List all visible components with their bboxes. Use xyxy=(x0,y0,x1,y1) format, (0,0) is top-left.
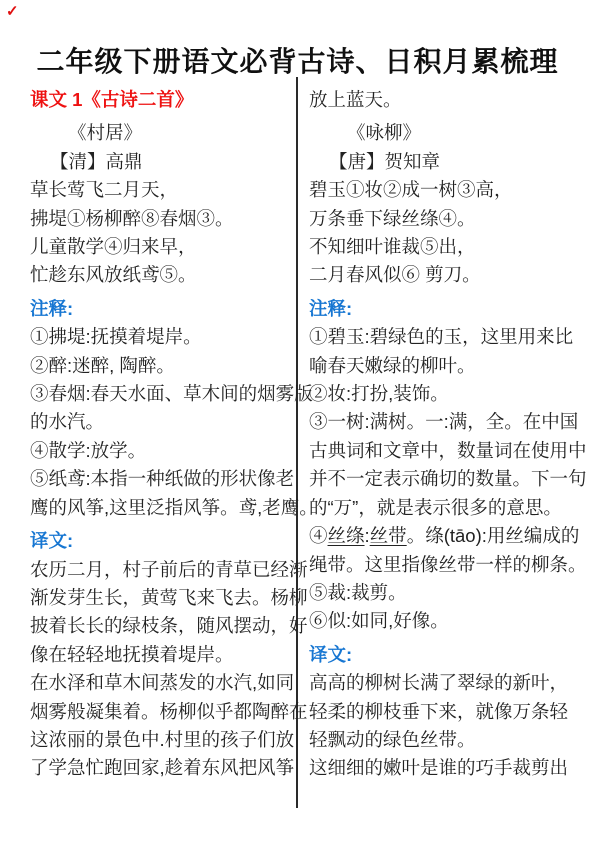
document-title: 二年级下册语文必背古诗、日积月累梳理 xyxy=(0,40,595,80)
translation-line: 高高的柳树长满了翠绿的新叶， xyxy=(309,669,591,697)
note-line: ④散学:放学。 xyxy=(30,437,294,465)
poem-line: 草长莺飞二月天， xyxy=(30,176,294,204)
translation-line: 渐发芽生长，黄莺飞来飞去。杨柳 xyxy=(30,584,294,612)
notes-label: 注释: xyxy=(309,295,591,323)
left-column: 课文 1《古诗二首》 《村居》 【清】高鼎 草长莺飞二月天， 拂堤①杨柳醉⑧春烟… xyxy=(30,86,294,783)
translation-line: 在水泽和草木间蒸发的水汽,如同 xyxy=(30,669,294,697)
translation-line: 了学急忙跑回家,趁着东风把风筝 xyxy=(30,754,294,782)
notes-label: 注释: xyxy=(30,295,294,323)
column-divider xyxy=(296,77,298,808)
poem-line: 拂堤①杨柳醉⑧春烟③。 xyxy=(30,205,294,233)
translation-line: 轻柔的柳枝垂下来，就像万条轻 xyxy=(309,698,591,726)
translation-line: 披着长长的绿枝条，随风摆动，好 xyxy=(30,612,294,640)
note-line: 的“万”，就是表示很多的意思。 xyxy=(309,494,591,522)
note-line: ③一树:满树。一:满，全。在中国 xyxy=(309,408,591,436)
poem-line: 忙趁东风放纸鸢⑤。 xyxy=(30,261,294,289)
poem-line: 万条垂下绿丝绦④。 xyxy=(309,205,591,233)
poem-line: 儿童散学④归来早， xyxy=(30,233,294,261)
right-column: 放上蓝天。 《咏柳》 【唐】贺知章 碧玉①妆②成一树③高， 万条垂下绿丝绦④。 … xyxy=(309,86,591,783)
note-line: ⑥似:如同,好像。 xyxy=(309,607,591,635)
note-line: ②妆:打扮,装饰。 xyxy=(309,380,591,408)
note-line: ③春烟:春天水面、草木间的烟雾版 xyxy=(30,380,294,408)
poem-author-gaoding: 【清】高鼎 xyxy=(30,148,294,176)
note-line: ①拂堤:抚摸着堤岸。 xyxy=(30,323,294,351)
poem-line: 不知细叶谁裁⑤出， xyxy=(309,233,591,261)
note-line: 古典词和文章中，数量词在使用中 xyxy=(309,437,591,465)
lesson-heading: 课文 1《古诗二首》 xyxy=(30,86,294,114)
note-line: ①碧玉:碧绿色的玉，这里用来比 xyxy=(309,323,591,351)
poem-line: 二月春风似⑥ 剪刀。 xyxy=(309,261,591,289)
note-line: ⑤纸鸢:本指一种纸做的形状像老 xyxy=(30,465,294,493)
note-line: 绳带。这里指像丝带一样的柳条。 xyxy=(309,551,591,579)
note-line: ⑤裁:裁剪。 xyxy=(309,579,591,607)
note-line: 鹰的风筝,这里泛指风筝。鸢,老鹰。 xyxy=(30,494,294,522)
note-line: 并不一定表示确切的数量。下一句 xyxy=(309,465,591,493)
underlined-term: 丝绦 xyxy=(328,525,365,546)
translation-label: 译文: xyxy=(309,641,591,669)
note-line: 喻春天嫩绿的柳叶。 xyxy=(309,352,591,380)
translation-line: 烟雾般凝集着。杨柳似乎都陶醉在 xyxy=(30,698,294,726)
note-prefix: ④ xyxy=(309,525,328,546)
carryover-line: 放上蓝天。 xyxy=(309,86,591,114)
poem-author-hezhizhang: 【唐】贺知章 xyxy=(309,148,591,176)
poem-title-cunju: 《村居》 xyxy=(30,119,294,147)
note-line: ②醉:迷醉, 陶醉。 xyxy=(30,352,294,380)
translation-line: 这细细的嫩叶是谁的巧手裁剪出 xyxy=(309,754,591,782)
translation-label: 译文: xyxy=(30,527,294,555)
note-line: 的水汽。 xyxy=(30,408,294,436)
translation-line: 农历二月，村子前后的青草已经渐 xyxy=(30,556,294,584)
translation-line: 这浓丽的景色中.村里的孩子们放 xyxy=(30,726,294,754)
check-icon: ✓ xyxy=(6,2,19,20)
poem-line: 碧玉①妆②成一树③高， xyxy=(309,176,591,204)
note-line-sitao: ④丝绦:丝带。绦(tāo):用丝编成的 xyxy=(309,522,591,550)
underlined-gloss: 丝带 xyxy=(370,525,407,546)
translation-line: 轻飘动的绿色丝带。 xyxy=(309,726,591,754)
note-rest: 。绦(tāo):用丝编成的 xyxy=(407,525,580,546)
poem-title-yongliu: 《咏柳》 xyxy=(309,119,591,147)
translation-line: 像在轻轻地抚摸着堤岸。 xyxy=(30,641,294,669)
